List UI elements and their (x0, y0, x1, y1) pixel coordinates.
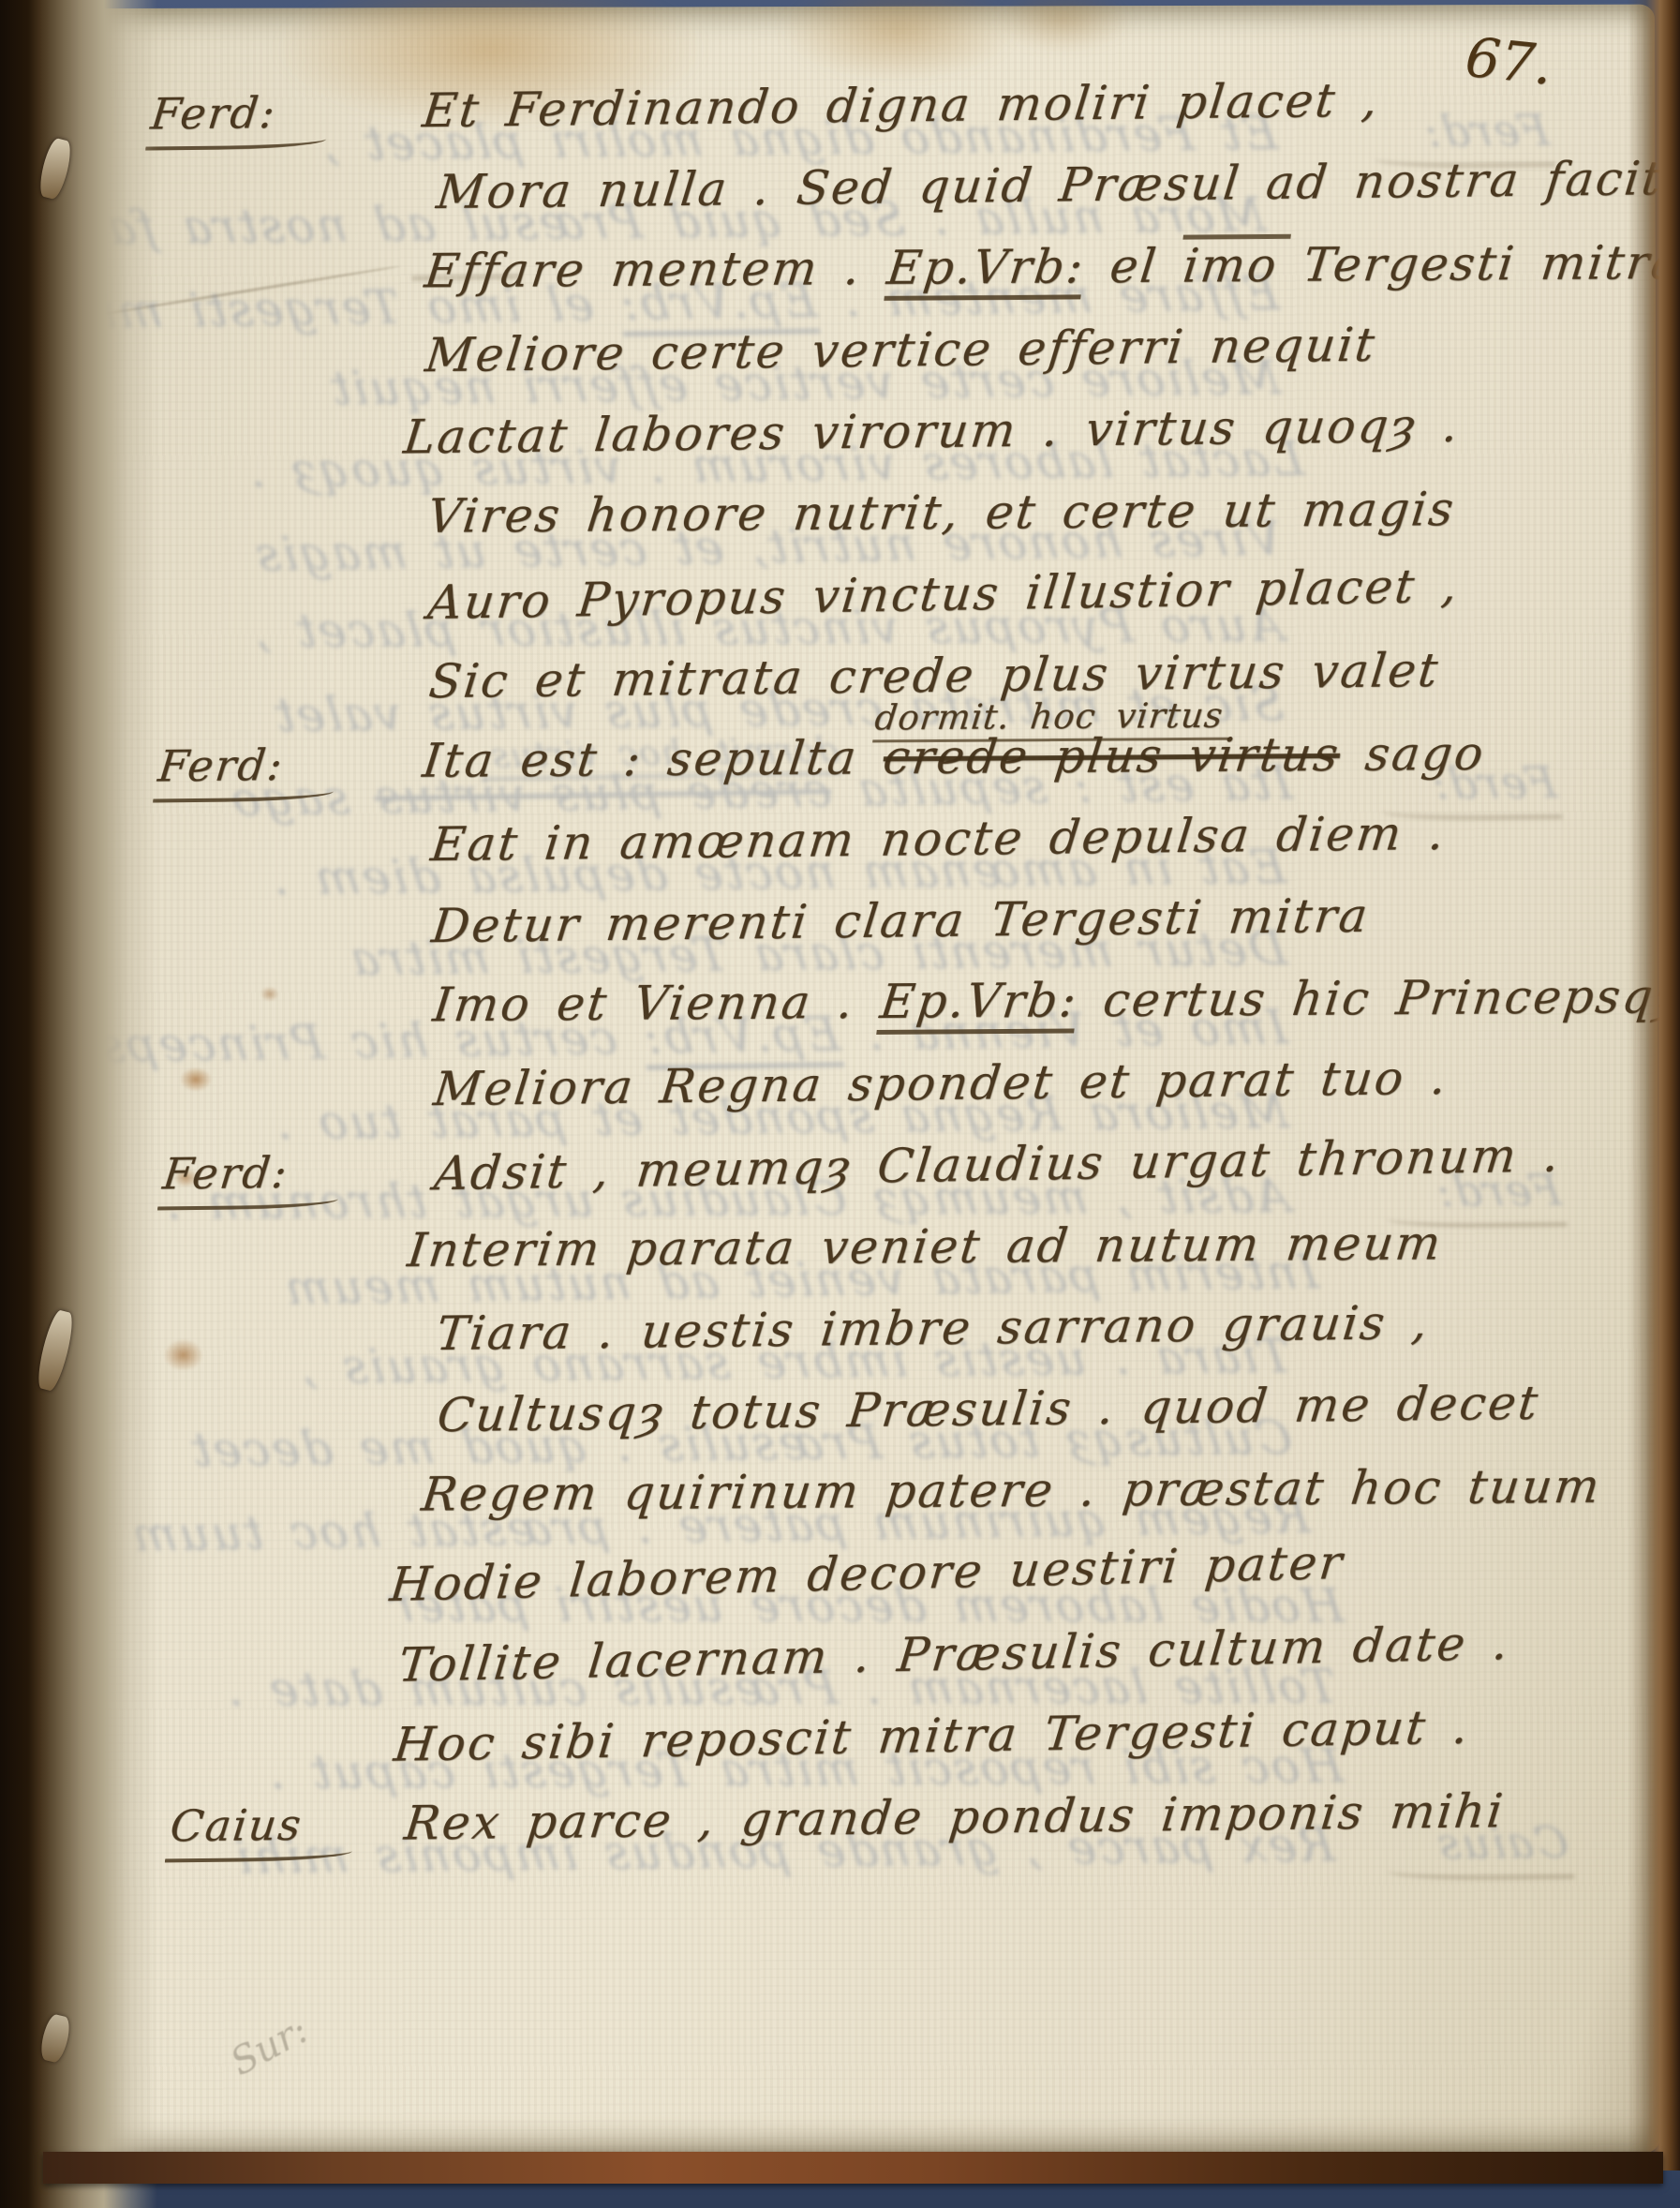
line-segment: Detur merenti clara Tergesti mitra (429, 888, 1373, 952)
line-segment: Adsit , meumqȝ Claudius urgat thronum . (432, 1127, 1564, 1201)
line-segment: sago (1337, 725, 1489, 781)
line-text: Regem quirinum patere . præstat hoc tuum (419, 1458, 1604, 1521)
line-segment: Tiara . uestis imbre sarrano grauis , (434, 1295, 1433, 1361)
line-text: Meliore certe vertice efferri nequit (423, 317, 1379, 382)
page-block-edge (1628, 0, 1680, 2171)
line-segment: Regem quirinum patere . præstat hoc tuum (419, 1458, 1604, 1521)
line-segment: Ep.Vrb: (877, 973, 1081, 1035)
page-block-bottom-edge (43, 2152, 1663, 2184)
line-segment: Rex parce , grande pondus imponis mihi (402, 1783, 1508, 1850)
manuscript-line: CaiusRex parce , grande pondus imponis m… (114, 1768, 1625, 1867)
line-segment: Meliora Regna spondet et parat tuo . (431, 1050, 1451, 1115)
line-text: Hodie laborem decore uestiri pater (388, 1534, 1347, 1611)
line-text: Detur merenti clara Tergesti mitra (429, 888, 1373, 952)
line-segment: Ep.Vrb: (884, 239, 1088, 301)
line-text: Interim parata veniet ad nutum meum (405, 1216, 1446, 1277)
line-segment: Cultusqȝ totus Præsulis . quod me decet (435, 1375, 1542, 1441)
speaker-label: Caius (112, 1798, 445, 1852)
line-segment: Auro Pyropus vinctus illustior placet , (425, 558, 1462, 629)
book-binding (0, 0, 157, 2208)
line-segment: Mora nulla . Sed quid Præsul ad nostra f… (434, 150, 1680, 218)
line-segment: imo (1181, 237, 1282, 292)
line-segment: Interim parata veniet ad nutum meum (405, 1216, 1446, 1277)
manuscript-page: 67. Ferd:Et Ferdinando digna moliri plac… (37, 5, 1660, 2158)
line-segment: Hodie laborem decore uestiri pater (388, 1534, 1347, 1611)
speaker-label (111, 1497, 439, 1500)
line-segment: Ita est : sepulta (420, 730, 886, 788)
speaker-label (110, 1415, 438, 1419)
line-text: Imo et Vienna . Ep.Vrb: certus hic Princ… (430, 968, 1680, 1031)
line-text: Meliora Regna spondet et parat tuo . (431, 1050, 1451, 1115)
line-text: Tollite lacernam . Præsulis cultum date … (396, 1615, 1513, 1692)
line-text: Lactat labores virorum . virtus quoqȝ . (401, 397, 1463, 464)
line-text: Vires honore nutrit, et certe ut magis (424, 482, 1458, 544)
manuscript-scan: 67. Ferd:Et Ferdinando digna moliri plac… (0, 0, 1680, 2208)
line-segment: Hoc sibi reposcit mitra Tergesti caput . (392, 1699, 1473, 1771)
line-text: Mora nulla . Sed quid Præsul ad nostra f… (434, 150, 1680, 218)
line-segment: Vires honore nutrit, et certe ut magis (424, 482, 1458, 544)
line-segment: Meliore certe vertice efferri nequit (423, 317, 1379, 382)
line-text: Cultusqȝ totus Præsulis . quod me decet (435, 1375, 1542, 1441)
line-segment: Tollite lacernam . Præsulis cultum date … (396, 1615, 1513, 1692)
line-text: Auro Pyropus vinctus illustior placet , (425, 558, 1462, 629)
line-text: Effare mentem . Ep.Vrb: el imo Tergesti … (422, 234, 1680, 297)
line-text: Tiara . uestis imbre sarrano grauis , (434, 1295, 1433, 1361)
line-segment: el (1081, 238, 1186, 293)
speaker-label (113, 1741, 441, 1745)
manuscript-text-layer: Ferd:Et Ferdinando digna moliri placet ,… (95, 56, 1625, 1867)
line-segment: Lactat labores virorum . virtus quoqȝ . (401, 397, 1463, 464)
line-text: Hoc sibi reposcit mitra Tergesti caput . (392, 1699, 1473, 1771)
line-text: Rex parce , grande pondus imponis mihi (402, 1783, 1508, 1850)
speaker-label (112, 1660, 440, 1663)
line-segment: Imo et Vienna . (430, 974, 884, 1031)
line-text: Eat in amœnam nocte depulsa diem . (428, 805, 1450, 871)
line-text: Adsit , meumqȝ Claudius urgat thronum . (432, 1127, 1564, 1201)
line-segment: Tergesti mitra (1275, 234, 1680, 291)
line-segment: Eat in amœnam nocte depulsa diem . (428, 805, 1450, 871)
line-text: Ita est : sepulta dormit. hoc virtuscred… (420, 725, 1488, 787)
line-segment: Effare mentem . (422, 240, 890, 298)
speaker-label (109, 1334, 437, 1337)
line-segment: certus hic Princepsqȝ (1075, 968, 1680, 1027)
line-segment: Et Ferdinando digna moliri placet , (420, 72, 1383, 138)
line-text: Et Ferdinando digna moliri placet , (420, 72, 1383, 138)
